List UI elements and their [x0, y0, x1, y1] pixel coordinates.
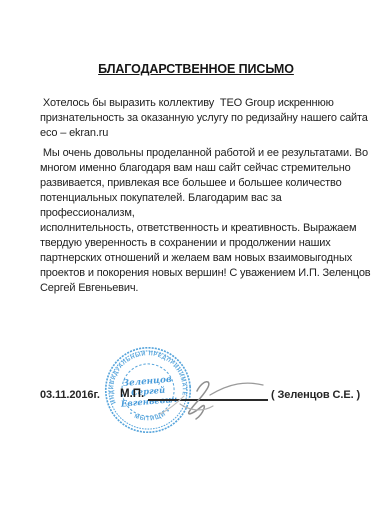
seal-mark-label: М.П.	[120, 388, 144, 400]
letter-title: БЛАГОДАРСТВЕННОЕ ПИСЬМО	[0, 62, 392, 76]
letter-date: 03.11.2016г.	[40, 389, 100, 401]
paragraph-intro: Хотелось бы выразить коллективу TEO Grou…	[40, 96, 376, 141]
paragraph-body: Мы очень довольны проделанной работой и …	[40, 146, 376, 296]
signature-stroke-under	[180, 404, 213, 410]
signature-scribble-icon	[150, 370, 280, 425]
scanned-letter-page: БЛАГОДАРСТВЕННОЕ ПИСЬМО Хотелось бы выра…	[0, 0, 392, 519]
signature-svg	[150, 370, 280, 425]
signature-stroke-main	[189, 382, 209, 419]
signature-stroke-tail	[160, 396, 184, 414]
signee-name-label: ( Зеленцов С.Е. )	[271, 389, 360, 401]
signature-stroke-flourish	[210, 383, 263, 395]
